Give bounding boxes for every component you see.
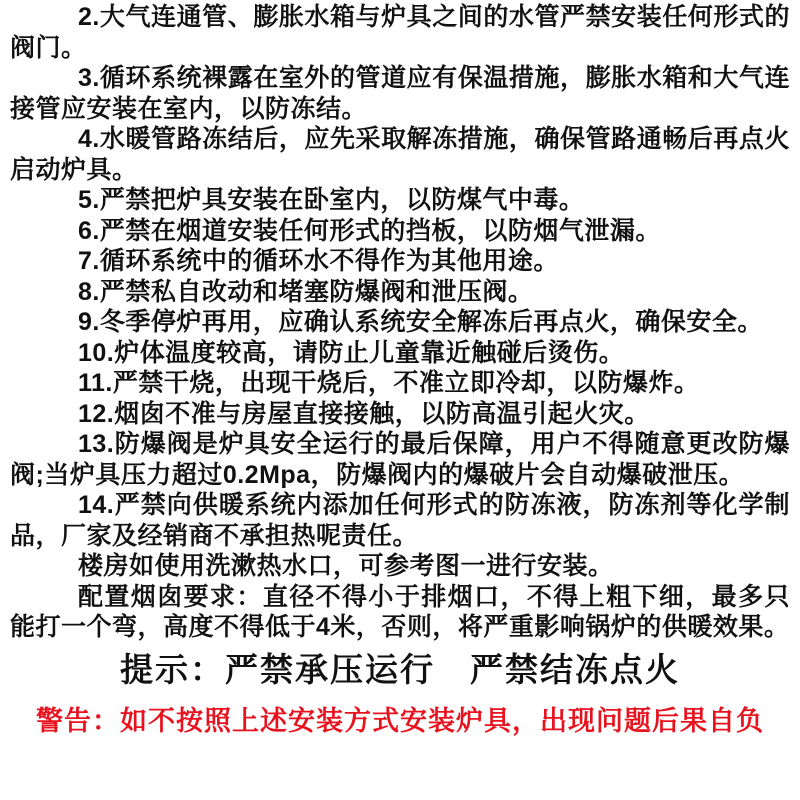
tip-heading: 提示：严禁承压运行 严禁结冻点火 [10, 650, 790, 690]
instruction-paragraph: 10.炉体温度较高，请防止儿童靠近触碰后烫伤。 [10, 338, 790, 369]
instruction-paragraph: 7.循环系统中的循环水不得作为其他用途。 [10, 246, 790, 277]
document-page: 2.大气连通管、膨胀水箱与炉具之间的水管严禁安装任何形式的阀门。 3.循环系统裸… [0, 0, 800, 800]
instructions-list: 2.大气连通管、膨胀水箱与炉具之间的水管严禁安装任何形式的阀门。 3.循环系统裸… [10, 2, 790, 643]
instruction-paragraph: 5.严禁把炉具安装在卧室内，以防煤气中毒。 [10, 185, 790, 216]
instruction-paragraph: 配置烟囱要求：直径不得小于排烟口，不得上粗下细，最多只能打一个弯，高度不得低于4… [10, 582, 790, 643]
instruction-paragraph: 14.严禁向供暖系统内添加任何形式的防冻液，防冻剂等化学制品，厂家及经销商不承担… [10, 490, 790, 551]
instruction-paragraph: 8.严禁私自改动和堵塞防爆阀和泄压阀。 [10, 277, 790, 308]
instruction-paragraph: 2.大气连通管、膨胀水箱与炉具之间的水管严禁安装任何形式的阀门。 [10, 2, 790, 63]
instruction-paragraph: 12.烟囱不准与房屋直接接触，以防高温引起火灾。 [10, 399, 790, 430]
instruction-paragraph: 3.循环系统裸露在室外的管道应有保温措施，膨胀水箱和大气连接管应安装在室内，以防… [10, 63, 790, 124]
instruction-paragraph: 4.水暖管路冻结后，应先采取解冻措施，确保管路通畅后再点火启动炉具。 [10, 124, 790, 185]
instruction-paragraph: 6.严禁在烟道安装任何形式的挡板，以防烟气泄漏。 [10, 216, 790, 247]
instruction-paragraph: 楼房如使用洗漱热水口，可参考图一进行安装。 [10, 551, 790, 582]
instruction-paragraph: 13.防爆阀是炉具安全运行的最后保障，用户不得随意更改防爆阀;当炉具压力超过0.… [10, 429, 790, 490]
instruction-paragraph: 11.严禁干烧，出现干烧后，不准立即冷却，以防爆炸。 [10, 368, 790, 399]
instruction-paragraph: 9.冬季停炉再用，应确认系统安全解冻后再点火，确保安全。 [10, 307, 790, 338]
warning-text: 警告：如不按照上述安装方式安装炉具，出现问题后果自负 [10, 705, 790, 737]
